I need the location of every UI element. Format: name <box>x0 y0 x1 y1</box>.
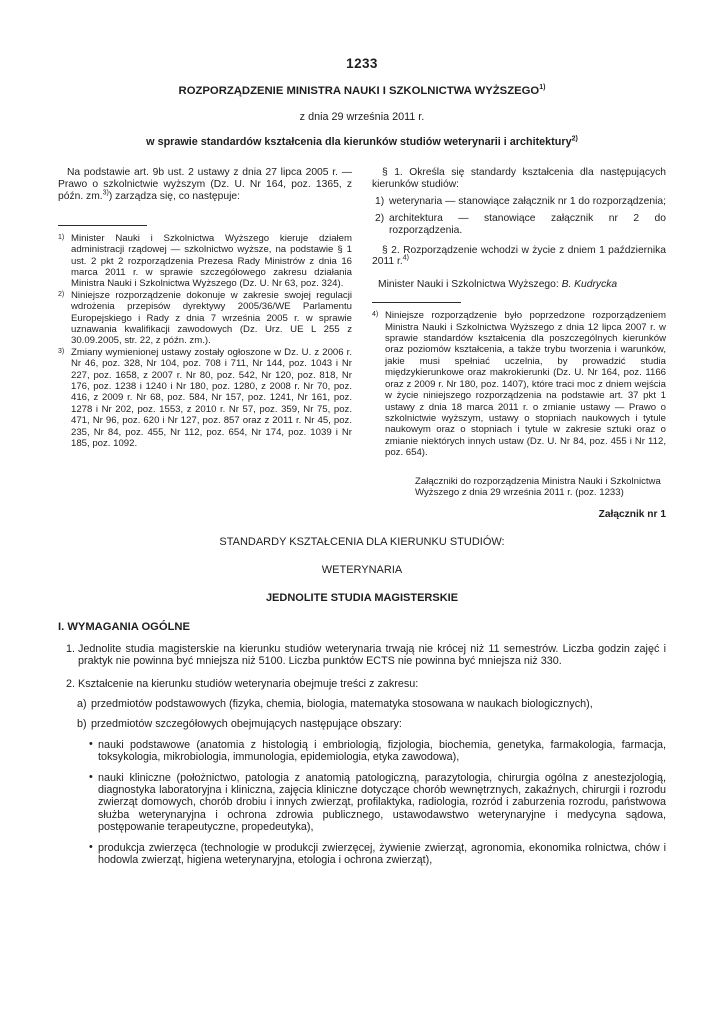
footnote-2: 2) Niniejsze rozporządzenie dokonuje w z… <box>58 290 352 347</box>
bullet-3-text: produkcja zwierzęca (technologie w produ… <box>98 842 666 866</box>
minister-label: Minister Nauki i Szkolnictwa Wyższego: <box>378 279 562 290</box>
bullet-icon: • <box>89 738 93 750</box>
bullet-icon: • <box>89 841 93 853</box>
sub-item-b: b) przedmiotów szczegółowych obejmującyc… <box>58 718 666 730</box>
footnote-2-text: Niniejsze rozporządzenie dokonuje w zakr… <box>71 290 352 347</box>
paragraph-2-text: § 2. Rozporządzenie wchodzi w życie z dn… <box>372 245 666 268</box>
requirements-list: 1. Jednolite studia magisterskie na kier… <box>58 643 666 867</box>
intro-text-tail: ) zarządza się, co następuje: <box>109 191 240 202</box>
requirement-2-text: Kształcenie na kierunku studiów weteryna… <box>78 678 418 690</box>
list-item-architektura: 2) architektura — stanowiące załącznik n… <box>372 213 666 237</box>
requirement-2-marker: 2. <box>66 678 75 690</box>
paragraph-2: § 2. Rozporządzenie wchodzi w życie z dn… <box>372 245 666 269</box>
act-title: ROZPORZĄDZENIE MINISTRA NAUKI I SZKOLNIC… <box>58 85 666 97</box>
left-column: Na podstawie art. 9b ust. 2 ustawy z dni… <box>58 167 352 459</box>
paragraph-2-footnote-ref: 4) <box>403 255 409 262</box>
field-heading: WETERYNARIA <box>58 564 666 576</box>
requirement-1-text: Jednolite studia magisterskie na kierunk… <box>78 643 666 667</box>
list-item-1-marker: 1) <box>375 196 384 208</box>
sub-item-a-marker: a) <box>77 698 87 710</box>
intro-paragraph: Na podstawie art. 9b ust. 2 ustawy z dni… <box>58 167 352 203</box>
bullet-produkcja-zwierzeca: • produkcja zwierzęca (technologie w pro… <box>58 842 666 867</box>
annex-note-line2: Wyższego z dnia 29 września 2011 r. (poz… <box>415 487 668 499</box>
footnote-3-marker: 3) <box>58 346 64 357</box>
bullet-nauki-podstawowe: • nauki podstawowe (anatomia z histologi… <box>58 739 666 764</box>
footnote-separator-right <box>372 302 461 303</box>
act-date: z dnia 29 września 2011 r. <box>58 111 666 123</box>
footnote-1: 1) Minister Nauki i Szkolnictwa Wyższego… <box>58 233 352 290</box>
footnote-4-marker: 4) <box>372 309 378 320</box>
footnote-3: 3) Zmiany wymienionej ustawy zostały ogł… <box>58 347 352 450</box>
footnotes-left: 1) Minister Nauki i Szkolnictwa Wyższego… <box>58 233 352 450</box>
footnote-1-marker: 1) <box>58 232 64 243</box>
bullet-2-text: nauki kliniczne (położnictwo, patologia … <box>98 772 666 834</box>
bullet-icon: • <box>89 771 93 783</box>
footnote-2-marker: 2) <box>58 289 64 300</box>
annex-note: Załączniki do rozporządzenia Ministra Na… <box>415 476 668 499</box>
bullet-nauki-kliniczne: • nauki kliniczne (położnictwo, patologi… <box>58 772 666 834</box>
list-item-weterynaria: 1) weterynaria — stanowiące załącznik nr… <box>372 196 666 208</box>
minister-name: B. Kudrycka <box>562 279 618 290</box>
act-title-text: ROZPORZĄDZENIE MINISTRA NAUKI I SZKOLNIC… <box>179 85 540 97</box>
act-number: 1233 <box>58 56 666 71</box>
title-footnote-ref: 1) <box>539 84 545 91</box>
document-page: 1233 ROZPORZĄDZENIE MINISTRA NAUKI I SZK… <box>0 0 724 1024</box>
study-type-heading: JEDNOLITE STUDIA MAGISTERSKIE <box>58 592 666 604</box>
sub-item-a: a) przedmiotów podstawowych (fizyka, che… <box>58 698 666 710</box>
section-1-title: I. WYMAGANIA OGÓLNE <box>58 621 666 633</box>
act-subject: w sprawie standardów kształcenia dla kie… <box>58 136 666 148</box>
list-item-2-marker: 2) <box>375 213 384 225</box>
signature-line: Minister Nauki i Szkolnictwa Wyższego: B… <box>372 279 666 291</box>
requirement-1: 1. Jednolite studia magisterskie na kier… <box>58 643 666 668</box>
annex-label: Załącznik nr 1 <box>58 509 666 520</box>
requirement-1-marker: 1. <box>66 643 75 655</box>
standards-heading: STANDARDY KSZTAŁCENIA DLA KIERUNKU STUDI… <box>58 536 666 548</box>
list-item-1-text: weterynaria — stanowiące załącznik nr 1 … <box>389 196 666 207</box>
footnote-4: 4) Niniejsze rozporządzenie było poprzed… <box>372 310 666 458</box>
paragraph-1: § 1. Określa się standardy kształcenia d… <box>372 167 666 191</box>
footnote-separator-left <box>58 225 147 226</box>
footnotes-right: 4) Niniejsze rozporządzenie było poprzed… <box>372 310 666 458</box>
list-item-2-text: architektura — stanowiące załącznik nr 2… <box>389 213 666 236</box>
footnote-3-text: Zmiany wymienionej ustawy zostały ogłosz… <box>71 347 352 450</box>
sub-item-b-marker: b) <box>77 718 87 730</box>
right-column: § 1. Określa się standardy kształcenia d… <box>372 167 666 459</box>
subject-footnote-ref: 2) <box>572 135 578 142</box>
requirement-2: 2. Kształcenie na kierunku studiów weter… <box>58 678 666 690</box>
footnote-4-text: Niniejsze rozporządzenie było poprzedzon… <box>385 310 666 458</box>
annex-note-line1: Załączniki do rozporządzenia Ministra Na… <box>415 476 668 488</box>
sub-item-a-text: przedmiotów podstawowych (fizyka, chemia… <box>91 698 593 710</box>
two-column-body: Na podstawie art. 9b ust. 2 ustawy z dni… <box>58 167 666 459</box>
footnote-1-text: Minister Nauki i Szkolnictwa Wyższego ki… <box>71 233 352 290</box>
sub-item-b-text: przedmiotów szczegółowych obejmujących n… <box>91 718 402 730</box>
bullet-1-text: nauki podstawowe (anatomia z histologią … <box>98 739 666 763</box>
act-subject-text: w sprawie standardów kształcenia dla kie… <box>146 136 571 148</box>
